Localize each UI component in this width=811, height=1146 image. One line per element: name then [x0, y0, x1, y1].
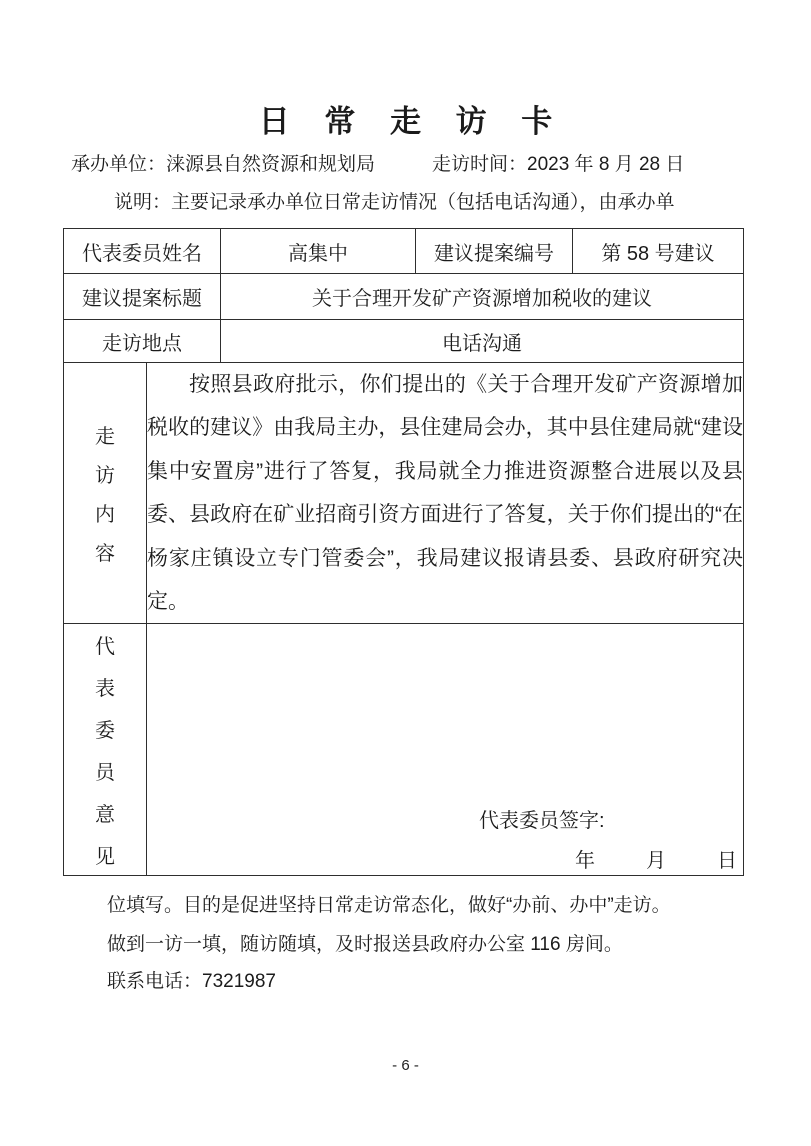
vlabel-char: 容 — [95, 537, 115, 566]
organizer-label: 承办单位： — [71, 154, 166, 175]
visit-content-cell: 按照县政府批示，你们提出的《关于合理开发矿产资源增加税收的建议》由我局主办，县住… — [147, 363, 744, 624]
vlabel-char: 内 — [95, 498, 115, 527]
vlabel-char: 员 — [95, 756, 115, 785]
visit-content-label: 走 访 内 容 — [64, 363, 147, 624]
date-year-label: 年 — [575, 844, 595, 873]
proposal-number-label: 建议提案编号 — [416, 229, 573, 274]
signature-label: 代表委员签字: — [479, 804, 605, 833]
delegate-opinion-label: 代 表 委 员 意 见 — [64, 624, 147, 876]
date-month-label: 月 — [646, 844, 666, 873]
page-title: 日 常 走 访 卡 — [0, 96, 811, 141]
visit-place-label: 走访地点 — [64, 320, 221, 363]
signature-date: 年 月 日 — [575, 844, 737, 873]
vlabel-char: 代 — [95, 630, 115, 659]
delegate-name-value: 高集中 — [221, 229, 416, 274]
footer-line-1: 位填写。目的是促进坚持日常走访常态化，做好“办前、办中”走访。 — [107, 890, 671, 917]
visit-card-table: 代表委员姓名 高集中 建议提案编号 第 58 号建议 建议提案标题 关于合理开发… — [63, 228, 744, 876]
proposal-title-value: 关于合理开发矿产资源增加税收的建议 — [221, 274, 744, 320]
vlabel-char: 走 — [95, 420, 115, 449]
visit-content-label-stack: 走 访 内 容 — [64, 420, 146, 566]
delegate-opinion-label-stack: 代 表 委 员 意 见 — [64, 630, 146, 869]
date-day-label: 日 — [717, 844, 737, 873]
document-page: 日 常 走 访 卡 承办单位：涞源县自然资源和规划局 走访时间：2023 年 8… — [0, 0, 811, 1146]
visit-place-value: 电话沟通 — [221, 320, 744, 363]
vlabel-char: 访 — [95, 459, 115, 488]
table-row-proposal-title: 建议提案标题 关于合理开发矿产资源增加税收的建议 — [64, 274, 744, 320]
organizer-line: 承办单位：涞源县自然资源和规划局 — [71, 149, 375, 176]
visit-content-text: 按照县政府批示，你们提出的《关于合理开发矿产资源增加税收的建议》由我局主办，县住… — [147, 363, 743, 623]
delegate-opinion-cell: 代表委员签字: 年 月 日 — [147, 624, 744, 876]
proposal-number-value: 第 58 号建议 — [573, 229, 744, 274]
proposal-title-label: 建议提案标题 — [64, 274, 221, 320]
table-row-delegate-opinion: 代 表 委 员 意 见 代表委员签字: 年 月 日 — [64, 624, 744, 876]
visit-time-line: 走访时间：2023 年 8 月 28 日 — [432, 149, 684, 176]
table-row-visit-content: 走 访 内 容 按照县政府批示，你们提出的《关于合理开发矿产资源增加税收的建议》… — [64, 363, 744, 624]
note-line: 说明：主要记录承办单位日常走访情况（包括电话沟通），由承办单 — [114, 187, 675, 214]
delegate-name-label: 代表委员姓名 — [64, 229, 221, 274]
organizer-value: 涞源县自然资源和规划局 — [166, 154, 375, 175]
vlabel-char: 委 — [95, 714, 115, 743]
vlabel-char: 见 — [95, 840, 115, 869]
vlabel-char: 意 — [95, 798, 115, 827]
page-number: - 6 - — [0, 1057, 811, 1074]
table-row-delegate: 代表委员姓名 高集中 建议提案编号 第 58 号建议 — [64, 229, 744, 274]
visit-time-value: 2023 年 8 月 28 日 — [527, 154, 684, 175]
table-row-visit-place: 走访地点 电话沟通 — [64, 320, 744, 363]
footer-line-3: 联系电话：7321987 — [107, 966, 276, 993]
visit-time-label: 走访时间： — [432, 154, 527, 175]
vlabel-char: 表 — [95, 672, 115, 701]
footer-line-2: 做到一访一填，随访随填，及时报送县政府办公室 116 房间。 — [107, 929, 623, 956]
